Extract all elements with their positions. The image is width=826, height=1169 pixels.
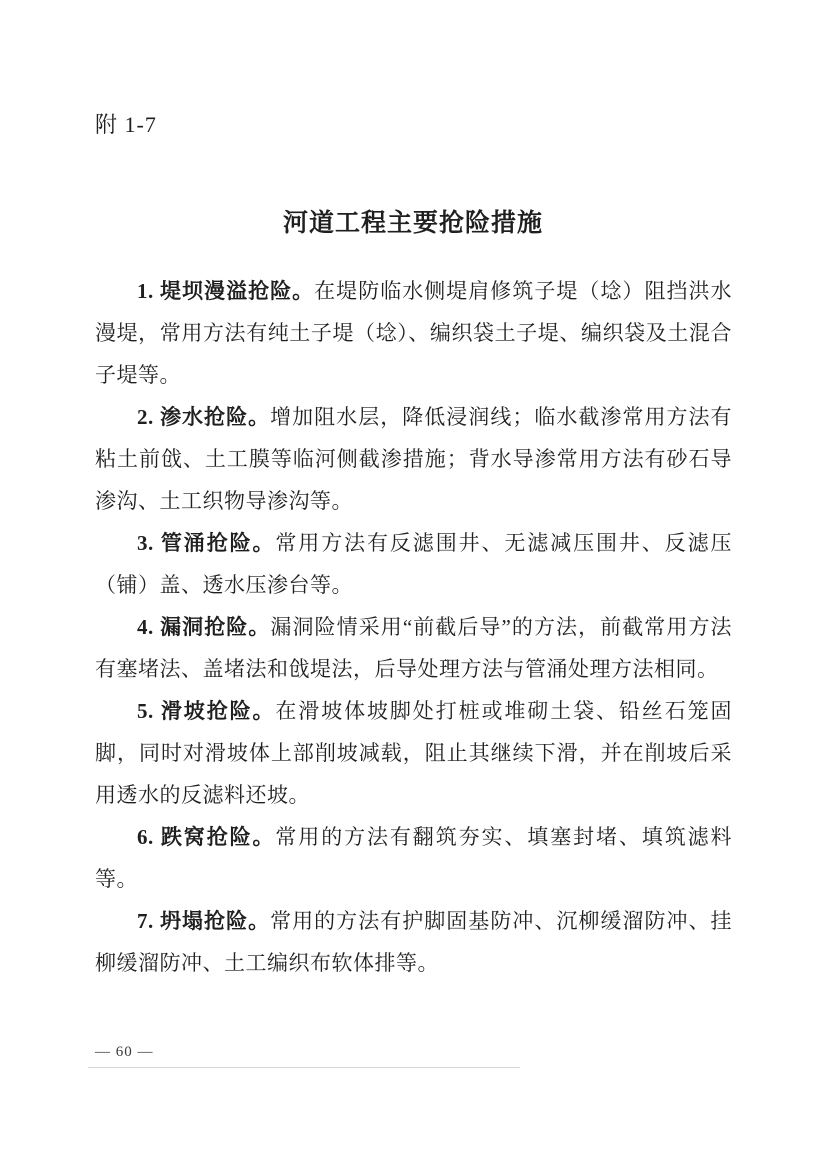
paragraph-lead: 6. 跌窝抢险。: [137, 825, 275, 849]
paragraph: 7. 坍塌抢险。常用的方法有护脚固基防冲、沉柳缓溜防冲、挂柳缓溜防冲、土工编织布…: [95, 900, 732, 984]
paragraph-lead: 4. 漏洞抢险。: [137, 615, 270, 639]
paragraph: 3. 管涌抢险。常用方法有反滤围井、无滤减压围井、反滤压（铺）盖、透水压渗台等。: [95, 522, 732, 606]
paragraph: 6. 跌窝抢险。常用的方法有翻筑夯实、填塞封堵、填筑滤料等。: [95, 816, 732, 900]
paragraph: 1. 堤坝漫溢抢险。在堤防临水侧堤肩修筑子堤（埝）阻挡洪水漫堤，常用方法有纯土子…: [95, 270, 732, 396]
paragraph: 4. 漏洞抢险。漏洞险情采用“前截后导”的方法，前截常用方法有塞堵法、盖堵法和戗…: [95, 606, 732, 690]
paragraph-lead: 2. 渗水抢险。: [137, 405, 270, 429]
document-title: 河道工程主要抢险措施: [0, 203, 826, 239]
paragraph-lead: 3. 管涌抢险。: [137, 531, 275, 555]
paragraph: 5. 滑坡抢险。在滑坡体坡脚处打桩或堆砌土袋、铅丝石笼固脚，同时对滑坡体上部削坡…: [95, 690, 732, 816]
footer-divider: [88, 1067, 520, 1068]
page-number: — 60 —: [95, 1044, 154, 1061]
paragraph-lead: 5. 滑坡抢险。: [137, 699, 275, 723]
paragraph-lead: 7. 坍塌抢险。: [137, 909, 270, 933]
attachment-label: 附 1-7: [95, 108, 157, 139]
paragraph-lead: 1. 堤坝漫溢抢险。: [137, 279, 314, 303]
document-page: 附 1-7 河道工程主要抢险措施 1. 堤坝漫溢抢险。在堤防临水侧堤肩修筑子堤（…: [0, 0, 826, 1169]
document-body: 1. 堤坝漫溢抢险。在堤防临水侧堤肩修筑子堤（埝）阻挡洪水漫堤，常用方法有纯土子…: [95, 270, 732, 984]
paragraph: 2. 渗水抢险。增加阻水层，降低浸润线；临水截渗常用方法有粘土前戗、土工膜等临河…: [95, 396, 732, 522]
